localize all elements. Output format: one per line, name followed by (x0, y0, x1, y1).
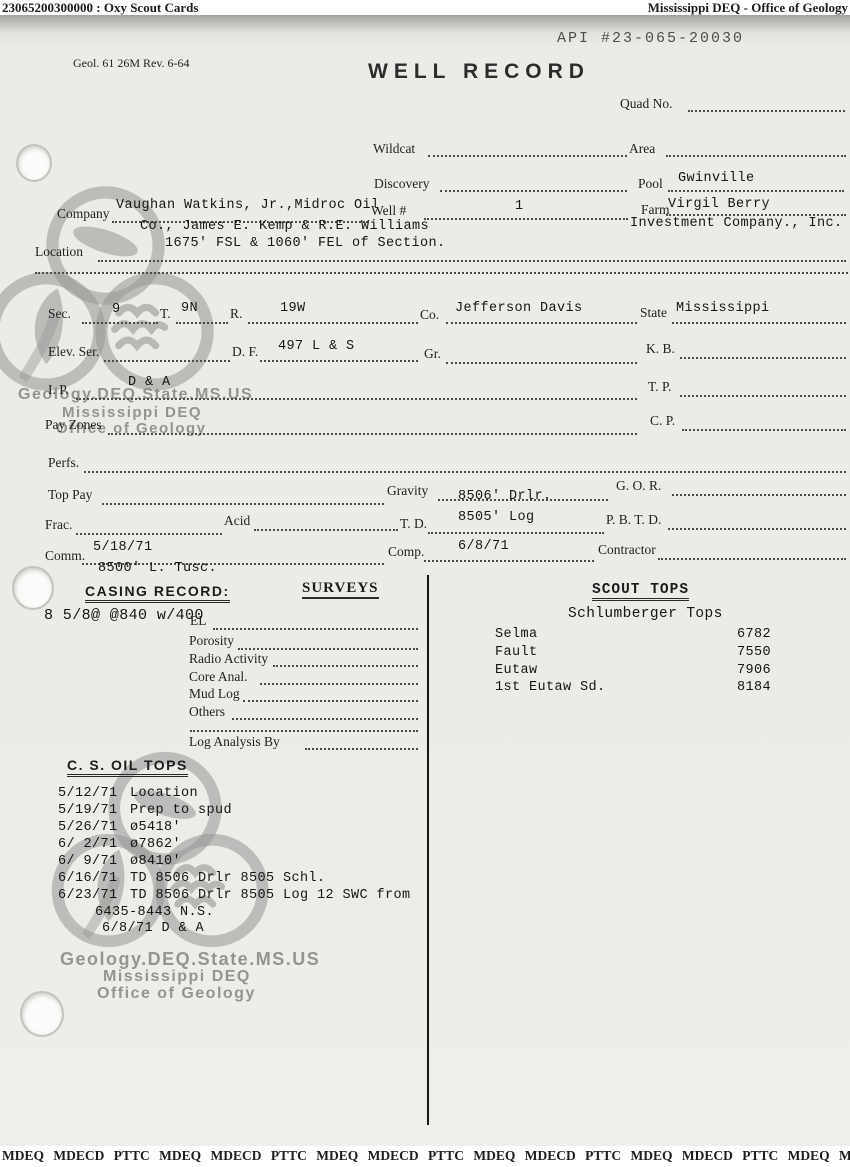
range-value: 19W (280, 301, 306, 316)
pbtd-label: P. B. T. D. (606, 512, 661, 528)
top-pay-label: Top Pay (48, 487, 92, 503)
casing-record-value: 8 5/8@ @840 w/400 (44, 607, 204, 624)
survey-item-el: EL (190, 613, 207, 629)
deq-logo-watermark (0, 182, 223, 397)
dotted-line (82, 322, 158, 324)
township-value: 9N (181, 301, 198, 316)
oil-tops-entry: 6/16/71 TD 8506 Drlr 8505 Schl. (58, 871, 428, 889)
pay-zones-label: Pay Zones (45, 417, 102, 433)
total-depth-label: T. D. (400, 516, 427, 532)
oil-tops-entry: 6/ 9/71 ø8410' (58, 854, 428, 872)
entry-note: ø7862' (130, 837, 181, 852)
dotted-line (672, 322, 846, 324)
dotted-line (243, 700, 418, 702)
cs-oil-tops-heading: C. S. OIL TOPS (67, 757, 188, 777)
gor-label: G. O. R. (616, 478, 661, 494)
log-analysis-by-label: Log Analysis By (189, 734, 280, 750)
entry-note: Prep to spud (130, 803, 232, 818)
wildcat-label: Wildcat (373, 141, 415, 157)
dotted-line (682, 429, 846, 431)
frac-label: Frac. (45, 517, 72, 533)
casing-pressure-label: C. P. (650, 413, 675, 429)
dotted-line (424, 560, 594, 562)
oil-tops-entry: 5/26/71 ø5418' (58, 820, 428, 838)
county-value: Jefferson Davis (455, 301, 583, 316)
hole-punch (14, 568, 52, 608)
section-label: Sec. (48, 306, 71, 322)
dotted-line (260, 360, 418, 362)
entry-note: ø5418' (130, 820, 181, 835)
td-driller-value: 8506' Drlr. (458, 489, 552, 504)
dotted-line (176, 322, 228, 324)
county-label: Co. (420, 307, 439, 323)
entry-note: ø8410' (130, 854, 181, 869)
dotted-line (254, 529, 398, 531)
dotted-line (658, 558, 846, 560)
company-value: Vaughan Watkins, Jr.,Midroc Oil (116, 198, 380, 213)
scanned-well-record-page: { "header": { "left": "23065200300000 : … (0, 0, 850, 1167)
oil-tops-entry: 5/19/71 Prep to spud (58, 803, 428, 821)
dotted-line (688, 110, 845, 112)
dotted-line (102, 503, 384, 505)
dotted-line (446, 362, 637, 364)
commenced-note: 8500' L. Tusc. (98, 561, 217, 576)
surveys-heading: SURVEYS (302, 580, 379, 599)
scout-tops-heading: SCOUT TOPS (592, 582, 689, 601)
formation-depth: 6782 (737, 627, 771, 642)
entry-date: 6/ 2/71 (58, 837, 118, 852)
dotted-line (98, 260, 846, 262)
dotted-line (273, 665, 418, 667)
dotted-line (668, 528, 846, 530)
dotted-line (680, 357, 846, 359)
survey-item-mud-log: Mud Log (189, 686, 240, 702)
watermark-office: Office of Geology (97, 985, 256, 1003)
formation-name: Fault (495, 645, 538, 660)
entry-note: 6/8/71 D & A (102, 921, 204, 936)
entry-date: 6/16/71 (58, 871, 118, 886)
dotted-line (680, 395, 846, 397)
form-revision-note: Geol. 61 26M Rev. 6-64 (73, 56, 190, 71)
formation-name: Eutaw (495, 663, 538, 678)
scout-top-row: Eutaw 7906 (495, 663, 795, 681)
watermark-agency: Mississippi DEQ (103, 968, 251, 986)
well-number-label: Well # (371, 203, 406, 219)
entry-note: 6435-8443 N.S. (95, 905, 214, 920)
entry-date: 5/26/71 (58, 820, 118, 835)
area-label: Area (629, 141, 655, 157)
location-value: 1675' FSL & 1060' FEL of Section. (165, 236, 446, 251)
dotted-line (213, 628, 418, 630)
acid-label: Acid (224, 513, 250, 529)
discovery-label: Discovery (374, 176, 429, 192)
dotted-line (232, 718, 418, 720)
initial-production-label: I. P. (48, 382, 69, 398)
dotted-line (76, 533, 222, 535)
watermark-url: Geology.DEQ.State.MS.US (60, 949, 320, 970)
formation-depth: 8184 (737, 680, 771, 695)
completed-label: Comp. (388, 544, 424, 560)
dotted-line (672, 494, 846, 496)
dotted-line (305, 748, 418, 750)
oil-tops-entry: 5/12/71 Location (58, 786, 428, 804)
survey-item-others: Others (189, 704, 225, 720)
entry-date: 6/ 9/71 (58, 854, 118, 869)
formation-depth: 7906 (737, 663, 771, 678)
elevation-label: Elev. Ser. (48, 344, 99, 360)
dotted-line (428, 155, 627, 157)
dotted-line (668, 190, 844, 192)
agency-label: Mississippi DEQ - Office of Geology (648, 0, 848, 16)
pool-value: Gwinville (678, 171, 755, 186)
dotted-line (248, 322, 418, 324)
scan-id-label: 23065200300000 : Oxy Scout Cards (2, 0, 198, 16)
hole-punch (18, 146, 50, 180)
entry-date: 5/12/71 (58, 786, 118, 801)
scout-tops-subtitle: Schlumberger Tops (568, 606, 723, 622)
well-number-value: 1 (515, 199, 524, 214)
scan-footer-bar: MDEQ MDECD PTTC MDEQ MDECD PTTC MDEQ MDE… (0, 1146, 850, 1167)
completed-value: 6/8/71 (458, 539, 509, 554)
section-value: 9 (112, 302, 121, 317)
contractor-label: Contractor (598, 542, 656, 558)
dotted-line (76, 398, 637, 400)
ground-label: Gr. (424, 346, 441, 362)
scan-header-bar: 23065200300000 : Oxy Scout Cards Mississ… (0, 0, 850, 15)
scout-top-row: 1st Eutaw Sd. 8184 (495, 680, 795, 698)
oil-tops-entry: 6/8/71 D & A (58, 921, 428, 939)
entry-note: TD 8506 Drlr 8505 Schl. (130, 871, 326, 886)
oil-tops-entry: 6/23/71 TD 8506 Drlr 8505 Log 12 SWC fro… (58, 888, 428, 906)
company-label: Company (57, 206, 110, 222)
gravity-label: Gravity (387, 483, 428, 499)
state-value: Mississippi (676, 301, 770, 316)
hole-punch (22, 993, 62, 1035)
footer-org-codes: MDEQ MDECD PTTC MDEQ MDECD PTTC MDEQ MDE… (2, 1148, 848, 1164)
scout-top-row: Selma 6782 (495, 627, 795, 645)
scout-top-row: Fault 7550 (495, 645, 795, 663)
kelly-bushing-label: K. B. (646, 341, 675, 357)
commenced-value: 5/18/71 (93, 540, 153, 555)
dotted-line (424, 218, 628, 220)
api-number-stamp: API #23-065-20030 (557, 30, 744, 47)
casing-record-heading: CASING RECORD: (85, 583, 230, 603)
page-title: WELL RECORD (368, 60, 590, 84)
formation-name: 1st Eutaw Sd. (495, 680, 606, 695)
formation-name: Selma (495, 627, 538, 642)
entry-note: Location (130, 786, 198, 801)
dotted-line (428, 532, 604, 534)
quad-no-label: Quad No. (620, 96, 673, 112)
location-label: Location (35, 244, 83, 260)
pool-label: Pool (638, 176, 663, 192)
range-label: R. (230, 306, 242, 322)
dotted-line (666, 155, 846, 157)
survey-item-porosity: Porosity (189, 633, 234, 649)
commenced-label: Comm. (45, 548, 85, 564)
dotted-line (35, 272, 848, 274)
td-log-value: 8505' Log (458, 510, 535, 525)
dotted-line (104, 360, 230, 362)
dotted-line (238, 648, 418, 650)
entry-note: TD 8506 Drlr 8505 Log 12 SWC from (130, 888, 411, 903)
farm-value-line2: Investment Company., Inc. (630, 216, 843, 231)
farm-value: Virgil Berry (668, 197, 770, 212)
perfs-label: Perfs. (48, 455, 79, 471)
township-label: T. (160, 306, 171, 322)
dotted-line (190, 730, 418, 732)
dotted-line (440, 190, 627, 192)
oil-tops-entry: 6/ 2/71 ø7862' (58, 837, 428, 855)
survey-item-core-anal: Core Anal. (189, 669, 248, 685)
formation-depth: 7550 (737, 645, 771, 660)
initial-production-value: D & A (128, 375, 171, 390)
state-label: State (640, 305, 667, 321)
survey-item-radio-activity: Radio Activity (189, 651, 268, 667)
entry-date: 5/19/71 (58, 803, 118, 818)
derrick-floor-value: 497 L & S (278, 339, 355, 354)
tubing-pressure-label: T. P. (648, 379, 671, 395)
derrick-floor-label: D. F. (232, 344, 258, 360)
dotted-line (84, 471, 846, 473)
company-value-line2: Co., James E. Kemp & R.E. Williams (140, 219, 429, 234)
dotted-line (260, 683, 418, 685)
dotted-line (446, 322, 637, 324)
entry-date: 6/23/71 (58, 888, 118, 903)
dotted-line (108, 433, 637, 435)
